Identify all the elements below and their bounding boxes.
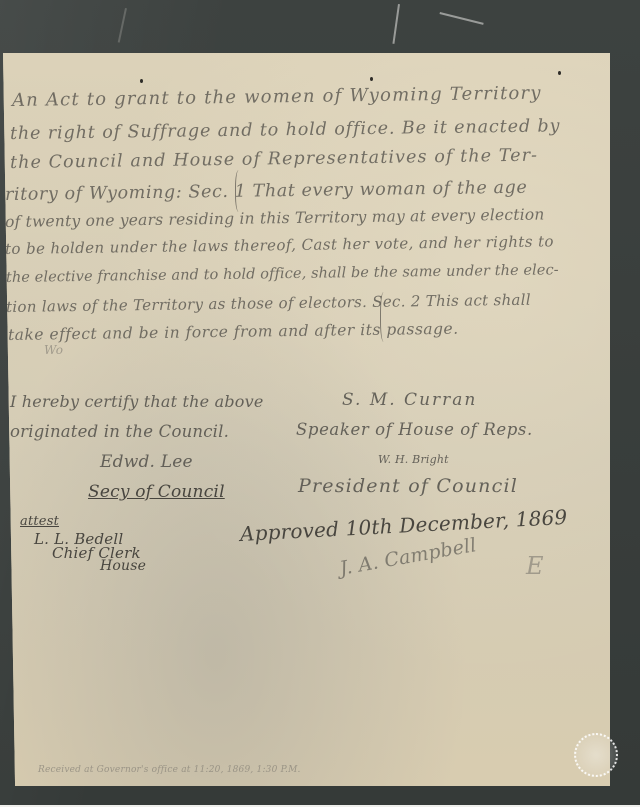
received-note: Received at Governor's office at 11:20, … <box>38 765 301 775</box>
photograph-background: An Act to grant to the women of Wyoming … <box>0 0 640 805</box>
ink-spot <box>140 79 143 83</box>
photo-crack <box>440 12 484 24</box>
speaker-title: Speaker of House of Reps. <box>296 420 533 439</box>
section-bracket-1 <box>235 170 244 212</box>
speaker-signature: S. M. Curran <box>342 390 477 410</box>
section-bracket-2 <box>380 292 389 342</box>
certification-line-1: I hereby certify that the above <box>10 392 264 411</box>
ink-spot <box>558 71 561 75</box>
margin-mark: E <box>526 552 544 580</box>
certification-line-2: originated in the Council. <box>10 422 229 441</box>
photo-crack <box>118 8 127 43</box>
president-signature: W. H. Bright <box>378 453 449 466</box>
president-title: President of Council <box>298 475 518 497</box>
embossed-seal <box>574 733 618 777</box>
chief-clerk-house: House <box>100 558 146 574</box>
act-line-10: Wo <box>44 343 63 357</box>
ink-spot <box>370 77 373 81</box>
attest-label: attest <box>20 514 59 529</box>
secretary-signature: Edwd. Lee <box>100 452 193 472</box>
photo-crack <box>392 4 400 44</box>
secretary-title: Secy of Council <box>88 482 225 502</box>
